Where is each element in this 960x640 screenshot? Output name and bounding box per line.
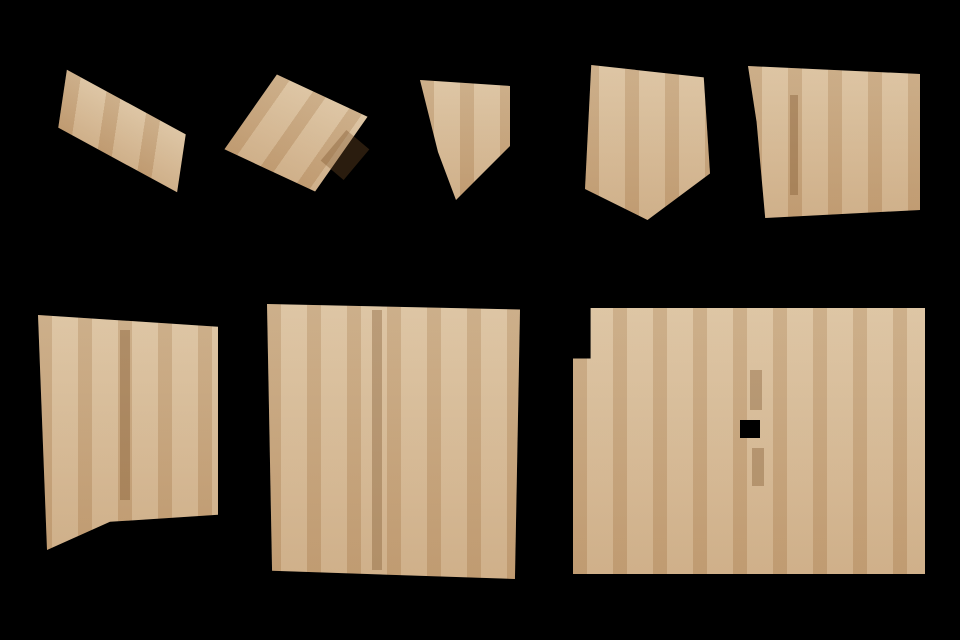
letter-stage-3 (420, 80, 510, 200)
letter-stage-1 (58, 70, 185, 193)
letter-stage-7 (267, 304, 520, 579)
letter-stage-8 (573, 308, 925, 574)
letter-stage-5 (748, 58, 920, 218)
letter-stage-4 (585, 65, 710, 220)
